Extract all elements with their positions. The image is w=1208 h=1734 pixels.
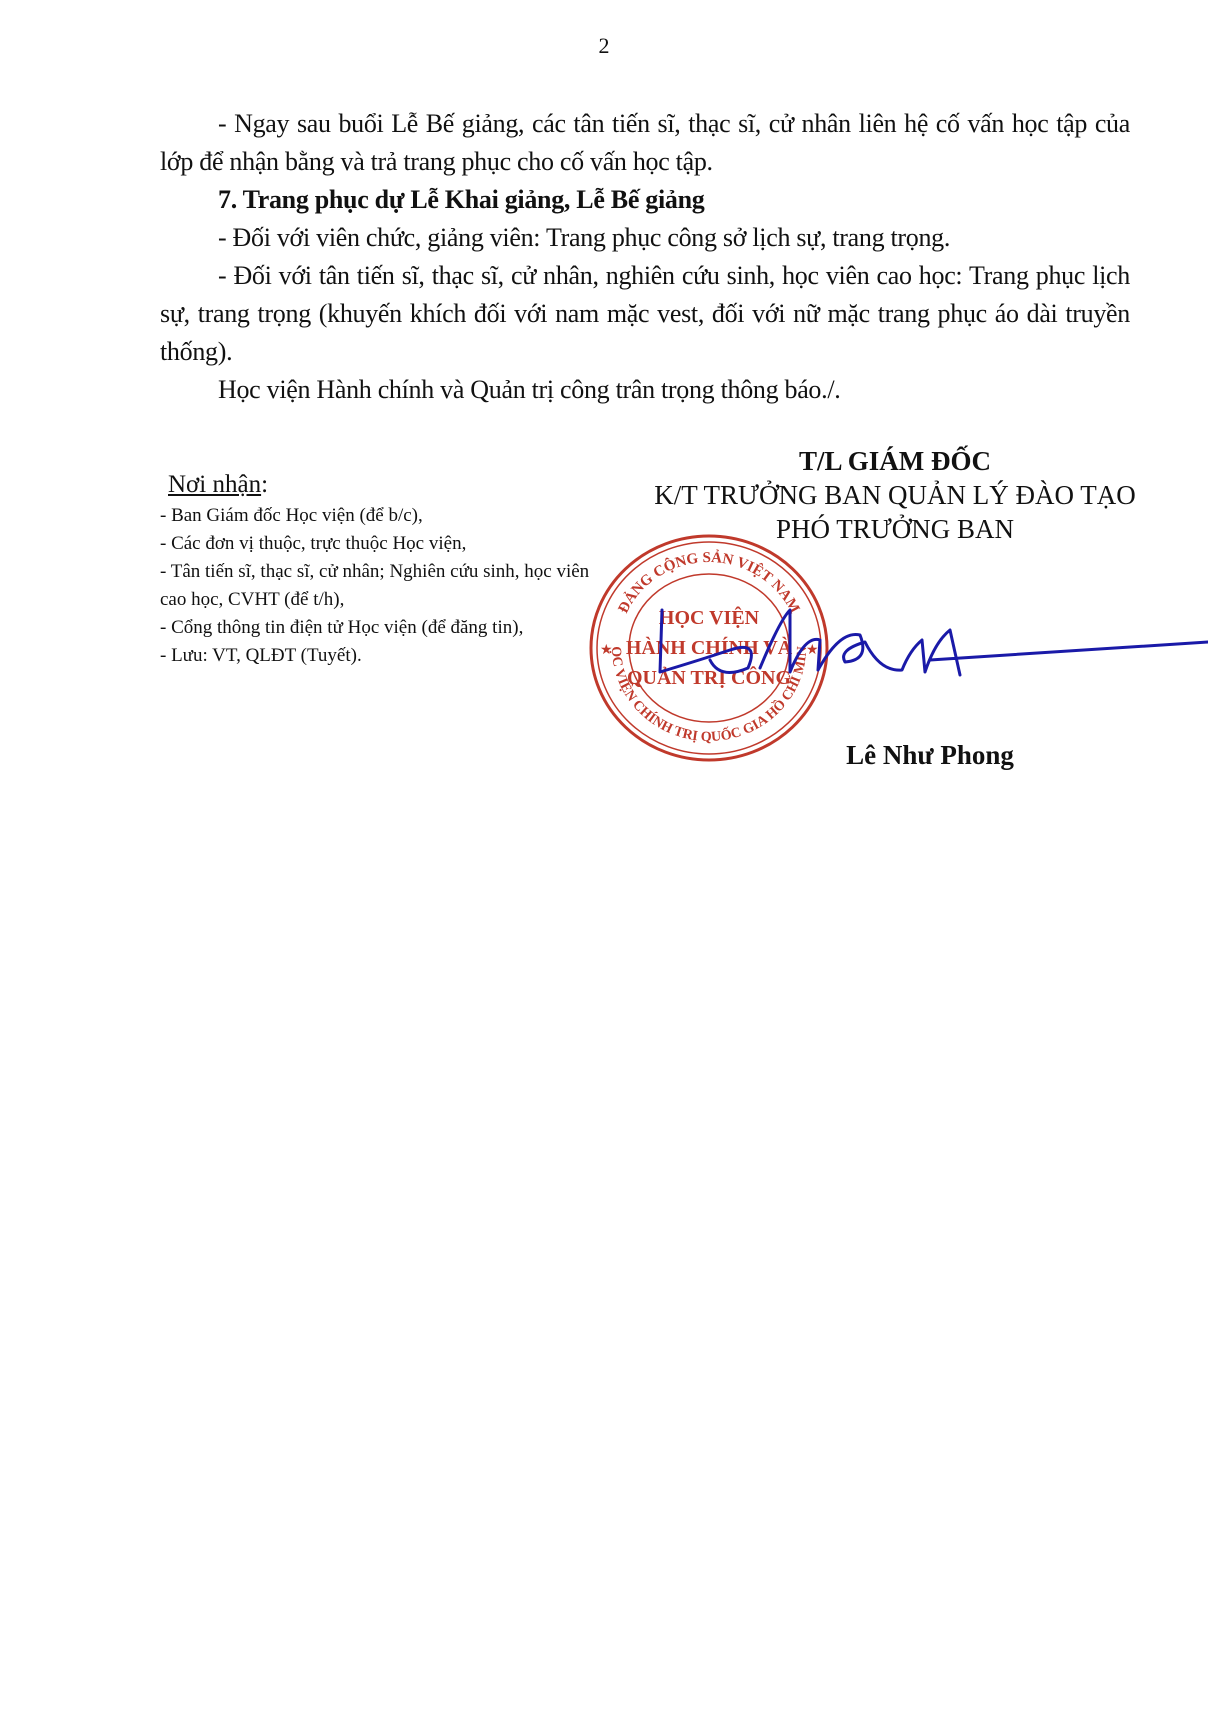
document-body: - Ngay sau buổi Lễ Bế giảng, các tân tiế…: [160, 105, 1130, 409]
recipient-item: - Các đơn vị thuộc, trực thuộc Học viện,: [160, 530, 610, 558]
recipients-list: Nơi nhận: - Ban Giám đốc Học viện (để b/…: [160, 468, 610, 670]
recipient-item: - Tân tiến sĩ, thạc sĩ, cử nhân; Nghiên …: [160, 558, 610, 614]
recipient-item: - Cổng thông tin điện tử Học viện (để đă…: [160, 614, 610, 642]
paragraph-graduation-return: - Ngay sau buổi Lễ Bế giảng, các tân tiế…: [160, 105, 1130, 181]
signer-name: Lê Như Phong: [760, 740, 1100, 771]
paragraph-staff-dress: - Đối với viên chức, giảng viên: Trang p…: [160, 219, 1130, 257]
recipients-title: Nơi nhận:: [168, 468, 610, 502]
section-heading-dress-code: 7. Trang phục dự Lễ Khai giảng, Lễ Bế gi…: [160, 181, 1130, 219]
paragraph-graduate-dress: - Đối với tân tiến sĩ, thạc sĩ, cử nhân,…: [160, 257, 1130, 371]
signature-title-line2: K/T TRƯỞNG BAN QUẢN LÝ ĐÀO TẠO: [600, 478, 1190, 512]
recipient-item: - Ban Giám đốc Học viện (để b/c),: [160, 502, 610, 530]
closing-statement: Học viện Hành chính và Quản trị công trâ…: [160, 371, 1130, 409]
page-number: 2: [0, 33, 1208, 59]
recipient-item: - Lưu: VT, QLĐT (Tuyết).: [160, 642, 610, 670]
handwritten-signature-icon: [640, 580, 1208, 690]
signature-title-block: T/L GIÁM ĐỐC K/T TRƯỞNG BAN QUẢN LÝ ĐÀO …: [600, 444, 1190, 546]
signature-title-line1: T/L GIÁM ĐỐC: [600, 444, 1190, 478]
svg-text:★: ★: [600, 643, 613, 658]
